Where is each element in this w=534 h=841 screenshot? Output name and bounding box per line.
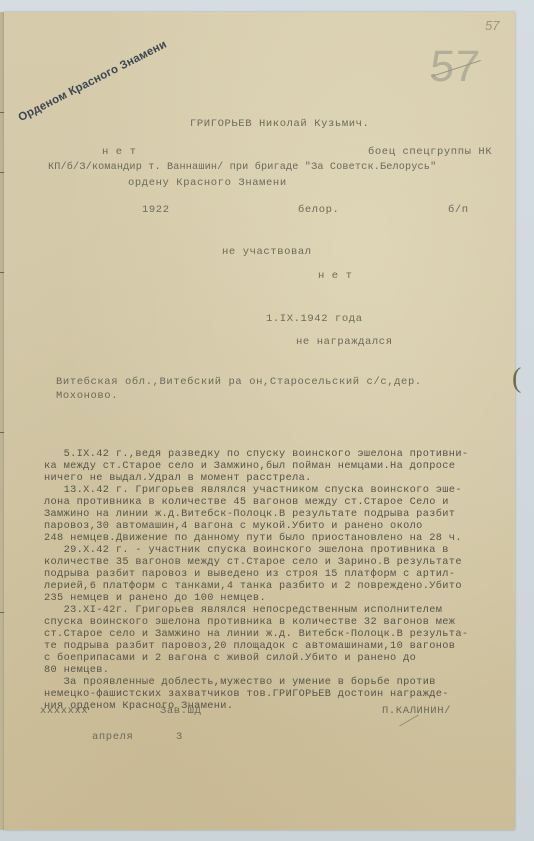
wounds-value: н е т [318,270,353,282]
award-value: ордену Красного Знамени [128,177,287,189]
date-day: 3 [176,731,183,743]
narrative-line: немецко-фашистских захватчиков тов.ГРИГО… [44,688,449,700]
narrative-line: с боеприпасами и 2 вагона с живой силой.… [44,652,416,664]
narrative-line: ничего не выдал.Удрал в момент расстрела… [44,472,312,484]
narrative-line: Замжино на линии ж.д.Витебск-Полоцк.В ре… [44,508,455,520]
redacted-title: ххххххх [40,705,88,717]
narrative-line: За проявленные доблесть,мужество и умени… [44,676,436,688]
narrative-line: лона противника в количестве 45 вагонов … [44,496,449,508]
narrative-line: 248 немцев.Движение по данному пути было… [44,532,462,544]
pencil-corner-number: 57 [485,18,499,33]
address-line2: Мохоново. [56,390,118,402]
narrative-line: 5.IX.42 г.,ведя разведку по спуску воинс… [44,448,468,460]
narrative-line: 80 немцев. [44,664,109,676]
prior-awards: не награждался [296,336,393,348]
narrative-line: 235 немцев и ранено до 100 немцев. [44,592,266,604]
margin-pencil-bracket: ( [512,363,521,395]
narrative-line: те подрыва разбит паровоз,20 площадок с … [44,640,455,652]
position-value-line1: боец спецгруппы НК [368,146,492,158]
nationality: белор. [298,204,339,216]
narrative-line: ст.Старое село и Замжино на линии ж.д. В… [44,628,468,640]
narrative-line: 29.X.42 г. - участник спуска воинского э… [44,544,449,556]
narrative-line: лерией,6 платформ с танками,4 танка разб… [44,580,462,592]
narrative-line: 23.XI-42г. Григорьев являлся непосредств… [44,604,442,616]
narrative-line: 13.X.42 г. Григорьев являлся участником … [44,484,462,496]
party-membership: б/п [448,204,469,216]
rank-value: н е т [102,146,137,158]
date-month: апреля [92,731,133,743]
civil-war-participation: не участвовал [222,246,312,258]
pencil-sheet-number: 57 [427,42,481,92]
signer-unit: Зав.ШД [160,705,201,717]
address-line1: Витебская обл.,Витебский ра он,Старосель… [56,376,422,388]
full-name: ГРИГОРЬЕВ Николай Кузьмич. [190,118,369,130]
narrative-line: подрыва разбит паровоз и выведено из стр… [44,568,455,580]
narrative-line: количестве 35 вагонов между ст.Старое се… [44,556,462,568]
narrative-line: спуска воинского эшелона противника в ко… [44,616,455,628]
position-value-line2: КП/б/З/командир т. Ваннашин/ при бригаде… [48,162,436,174]
narrative-line: ка между ст.Старое село и Замжино,был по… [44,460,455,472]
birth-year: 1922 [142,204,170,216]
service-since-date: 1.IX.1942 года [266,313,363,325]
narrative-line: паровоз,30 автомашин,4 вагона с мукой.Уб… [44,520,423,532]
